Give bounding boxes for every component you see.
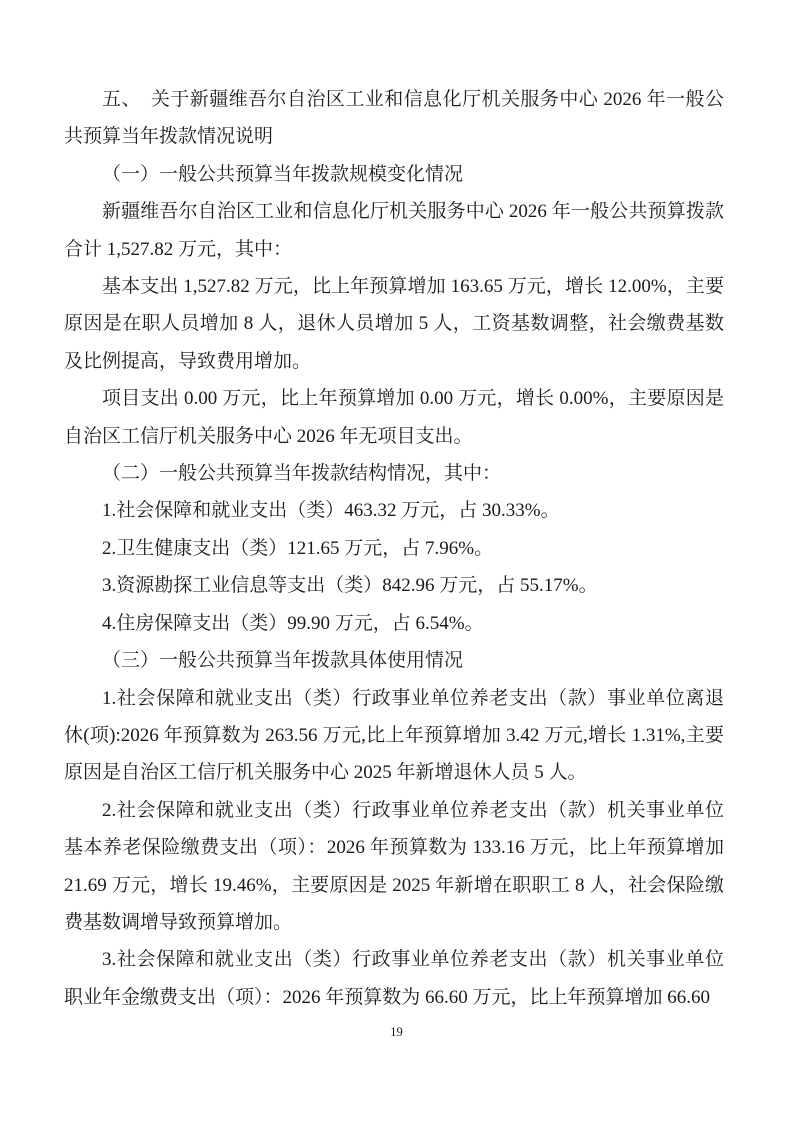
- list-item-social-security: 1.社会保障和就业支出（类）463.32 万元，占 30.33%。: [64, 492, 724, 529]
- list-item-health: 2.卫生健康支出（类）121.65 万元，占 7.96%。: [64, 530, 724, 567]
- page-number: 19: [0, 1024, 793, 1040]
- section-heading-main: 五、 关于新疆维吾尔自治区工业和信息化厅机关服务中心 2026 年一般公共预算当…: [64, 81, 724, 156]
- paragraph-total-allocation: 新疆维吾尔自治区工业和信息化厅机关服务中心 2026 年一般公共预算拨款合计 1…: [64, 193, 724, 268]
- document-body: 五、 关于新疆维吾尔自治区工业和信息化厅机关服务中心 2026 年一般公共预算当…: [64, 81, 724, 1016]
- list-item-housing: 4.住房保障支出（类）99.90 万元，占 6.54%。: [64, 605, 724, 642]
- paragraph-detail-retirement: 1.社会保障和就业支出（类）行政事业单位养老支出（款）事业单位离退休(项):20…: [64, 680, 724, 792]
- sub-heading-3: （三）一般公共预算当年拨款具体使用情况: [64, 642, 724, 679]
- paragraph-basic-expenditure: 基本支出 1,527.82 万元，比上年预算增加 163.65 万元，增长 12…: [64, 268, 724, 380]
- paragraph-detail-pension-insurance: 2.社会保障和就业支出（类）行政事业单位养老支出（款）机关事业单位基本养老保险缴…: [64, 792, 724, 942]
- paragraph-project-expenditure: 项目支出 0.00 万元，比上年预算增加 0.00 万元，增长 0.00%，主要…: [64, 380, 724, 455]
- sub-heading-2: （二）一般公共预算当年拨款结构情况，其中：: [64, 455, 724, 492]
- paragraph-detail-annuity: 3.社会保障和就业支出（类）行政事业单位养老支出（款）机关事业单位职业年金缴费支…: [64, 941, 724, 1016]
- document-page: 五、 关于新疆维吾尔自治区工业和信息化厅机关服务中心 2026 年一般公共预算当…: [0, 0, 793, 1122]
- list-item-resource-industry: 3.资源勘探工业信息等支出（类）842.96 万元，占 55.17%。: [64, 567, 724, 604]
- sub-heading-1: （一）一般公共预算当年拨款规模变化情况: [64, 156, 724, 193]
